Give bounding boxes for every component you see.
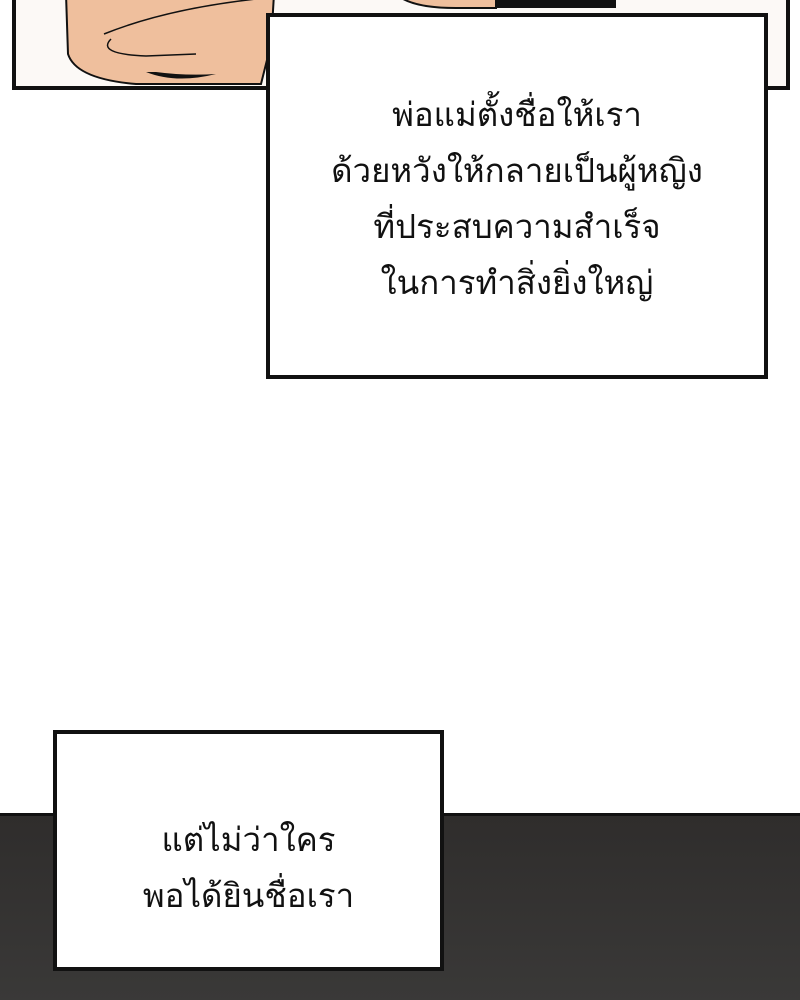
caption-line: แต่ไม่ว่าใคร <box>161 812 335 868</box>
caption-box-2: แต่ไม่ว่าใคร พอได้ยินชื่อเรา <box>53 730 444 971</box>
caption-line: พ่อแม่ตั้งชื่อให้เรา <box>392 87 642 143</box>
caption-line: ด้วยหวังให้กลายเป็นผู้หญิง <box>331 143 703 199</box>
caption-line: พอได้ยินชื่อเรา <box>143 868 354 924</box>
caption-line: ในการทำสิ่งยิ่งใหญ่ <box>381 255 654 311</box>
caption-box-1: พ่อแม่ตั้งชื่อให้เรา ด้วยหวังให้กลายเป็น… <box>266 13 768 379</box>
caption-line: ที่ประสบความสำเร็จ <box>373 199 660 255</box>
